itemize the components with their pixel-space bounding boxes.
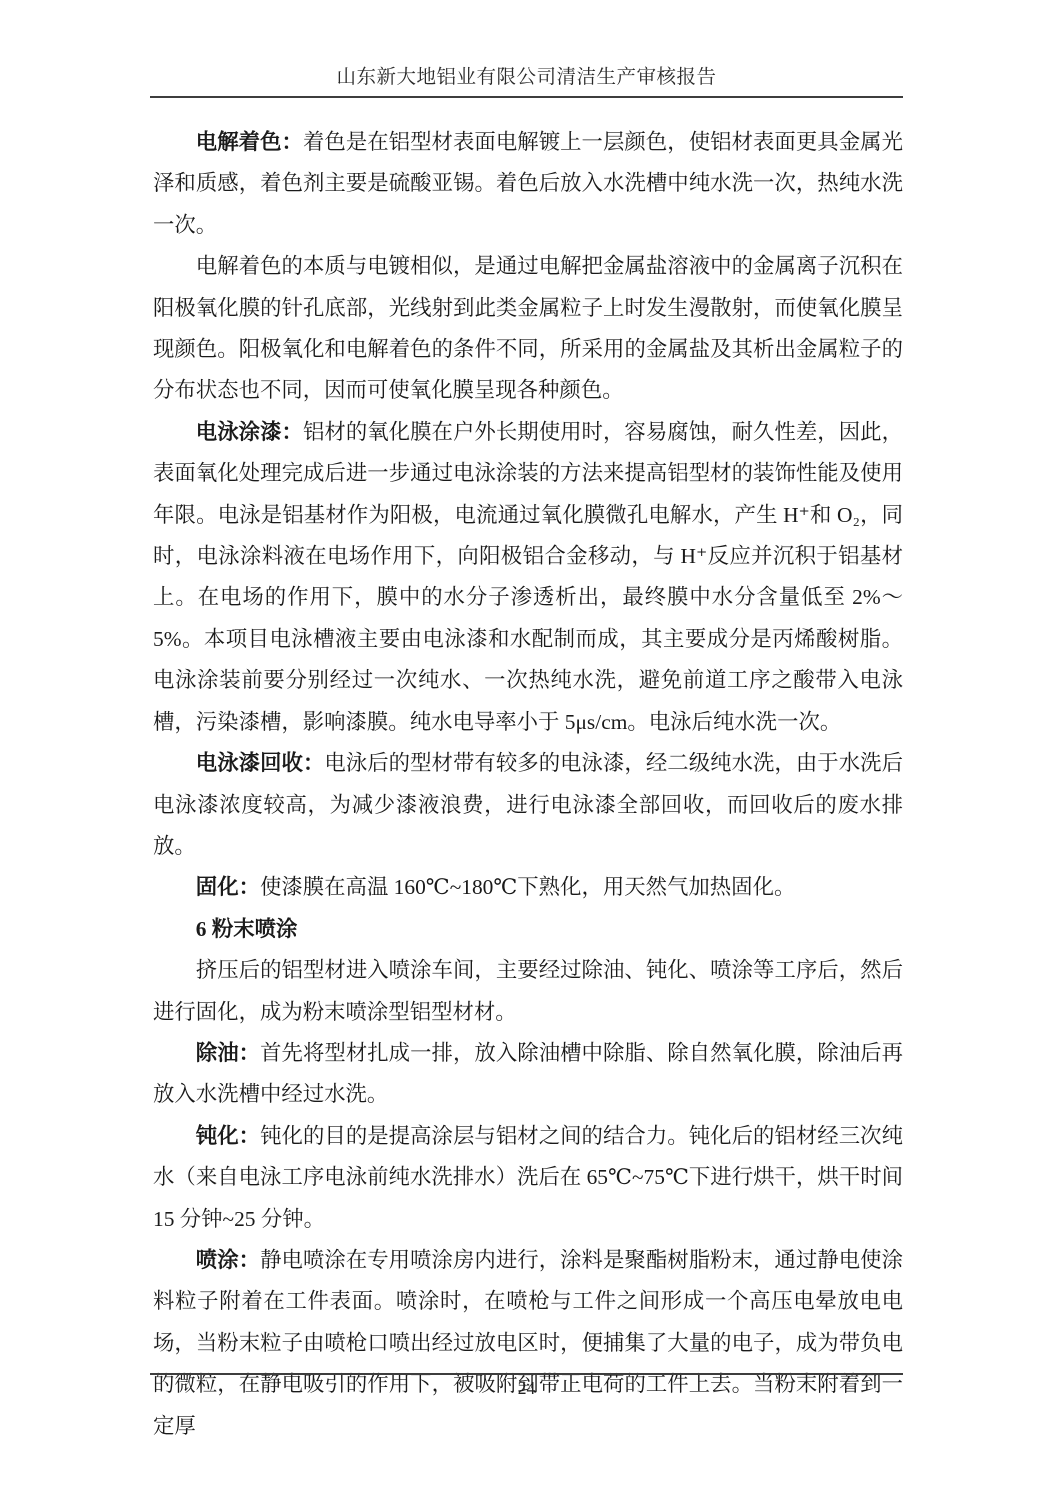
paragraph-lead: 除油： <box>196 1041 260 1065</box>
paragraph-text: 电解着色的本质与电镀相似，是通过电解把金属盐溶液中的金属离子沉积在阳极氧化膜的针… <box>153 254 903 402</box>
paragraph: 钝化：钝化的目的是提高涂层与铝材之间的结合力。钝化后的铝材经三次纯水（来自电泳工… <box>153 1116 903 1240</box>
paragraph-text: 使漆膜在高温 160℃~180℃下熟化，用天然气加热固化。 <box>260 875 795 899</box>
paragraph-lead: 6 粉末喷涂 <box>196 917 298 941</box>
document-body: 电解着色：着色是在铝型材表面电解镀上一层颜色，使铝材表面更具金属光泽和质感，着色… <box>153 122 903 1447</box>
paragraph: 挤压后的铝型材进入喷涂车间，主要经过除油、钝化、喷涂等工序后，然后进行固化，成为… <box>153 950 903 1033</box>
page-number: 24 <box>150 1378 903 1398</box>
paragraph-text: 首先将型材扎成一排，放入除油槽中除脂、除自然氧化膜，除油后再放入水洗槽中经过水洗… <box>153 1041 903 1106</box>
paragraph: 电解着色的本质与电镀相似，是通过电解把金属盐溶液中的金属离子沉积在阳极氧化膜的针… <box>153 246 903 412</box>
paragraph-text: 钝化的目的是提高涂层与铝材之间的结合力。钝化后的铝材经三次纯水（来自电泳工序电泳… <box>153 1124 903 1231</box>
paragraph: 除油：首先将型材扎成一排，放入除油槽中除脂、除自然氧化膜，除油后再放入水洗槽中经… <box>153 1033 903 1116</box>
paragraph-lead: 喷涂： <box>196 1248 260 1272</box>
paragraph-lead: 电泳涂漆： <box>196 420 303 444</box>
paragraph-lead: 电泳漆回收： <box>196 751 325 775</box>
paragraph-text: 铝材的氧化膜在户外长期使用时，容易腐蚀，耐久性差，因此，表面氧化处理完成后进一步… <box>153 420 903 734</box>
page-header: 山东新大地铝业有限公司清洁生产审核报告 <box>150 66 903 98</box>
paragraph: 6 粉末喷涂 <box>153 909 903 950</box>
paragraph-lead: 电解着色： <box>196 130 303 154</box>
paragraph-text: 挤压后的铝型材进入喷涂车间，主要经过除油、钝化、喷涂等工序后，然后进行固化，成为… <box>153 958 903 1023</box>
document-page: 山东新大地铝业有限公司清洁生产审核报告 电解着色：着色是在铝型材表面电解镀上一层… <box>0 0 1050 1485</box>
paragraph: 电解着色：着色是在铝型材表面电解镀上一层颜色，使铝材表面更具金属光泽和质感，着色… <box>153 122 903 246</box>
paragraph-lead: 钝化： <box>196 1124 260 1148</box>
paragraph: 电泳漆回收：电泳后的型材带有较多的电泳漆，经二级纯水洗，由于水洗后电泳漆浓度较高… <box>153 743 903 867</box>
paragraph: 固化：使漆膜在高温 160℃~180℃下熟化，用天然气加热固化。 <box>153 867 903 908</box>
paragraph: 喷涂：静电喷涂在专用喷涂房内进行，涂料是聚酯树脂粉末，通过静电使涂料粒子附着在工… <box>153 1240 903 1447</box>
header-title: 山东新大地铝业有限公司清洁生产审核报告 <box>150 66 903 90</box>
paragraph-text: 静电喷涂在专用喷涂房内进行，涂料是聚酯树脂粉末，通过静电使涂料粒子附着在工件表面… <box>153 1248 903 1438</box>
page-footer: 24 <box>150 1373 903 1398</box>
paragraph: 电泳涂漆：铝材的氧化膜在户外长期使用时，容易腐蚀，耐久性差，因此，表面氧化处理完… <box>153 412 903 743</box>
paragraph-lead: 固化： <box>196 875 260 899</box>
